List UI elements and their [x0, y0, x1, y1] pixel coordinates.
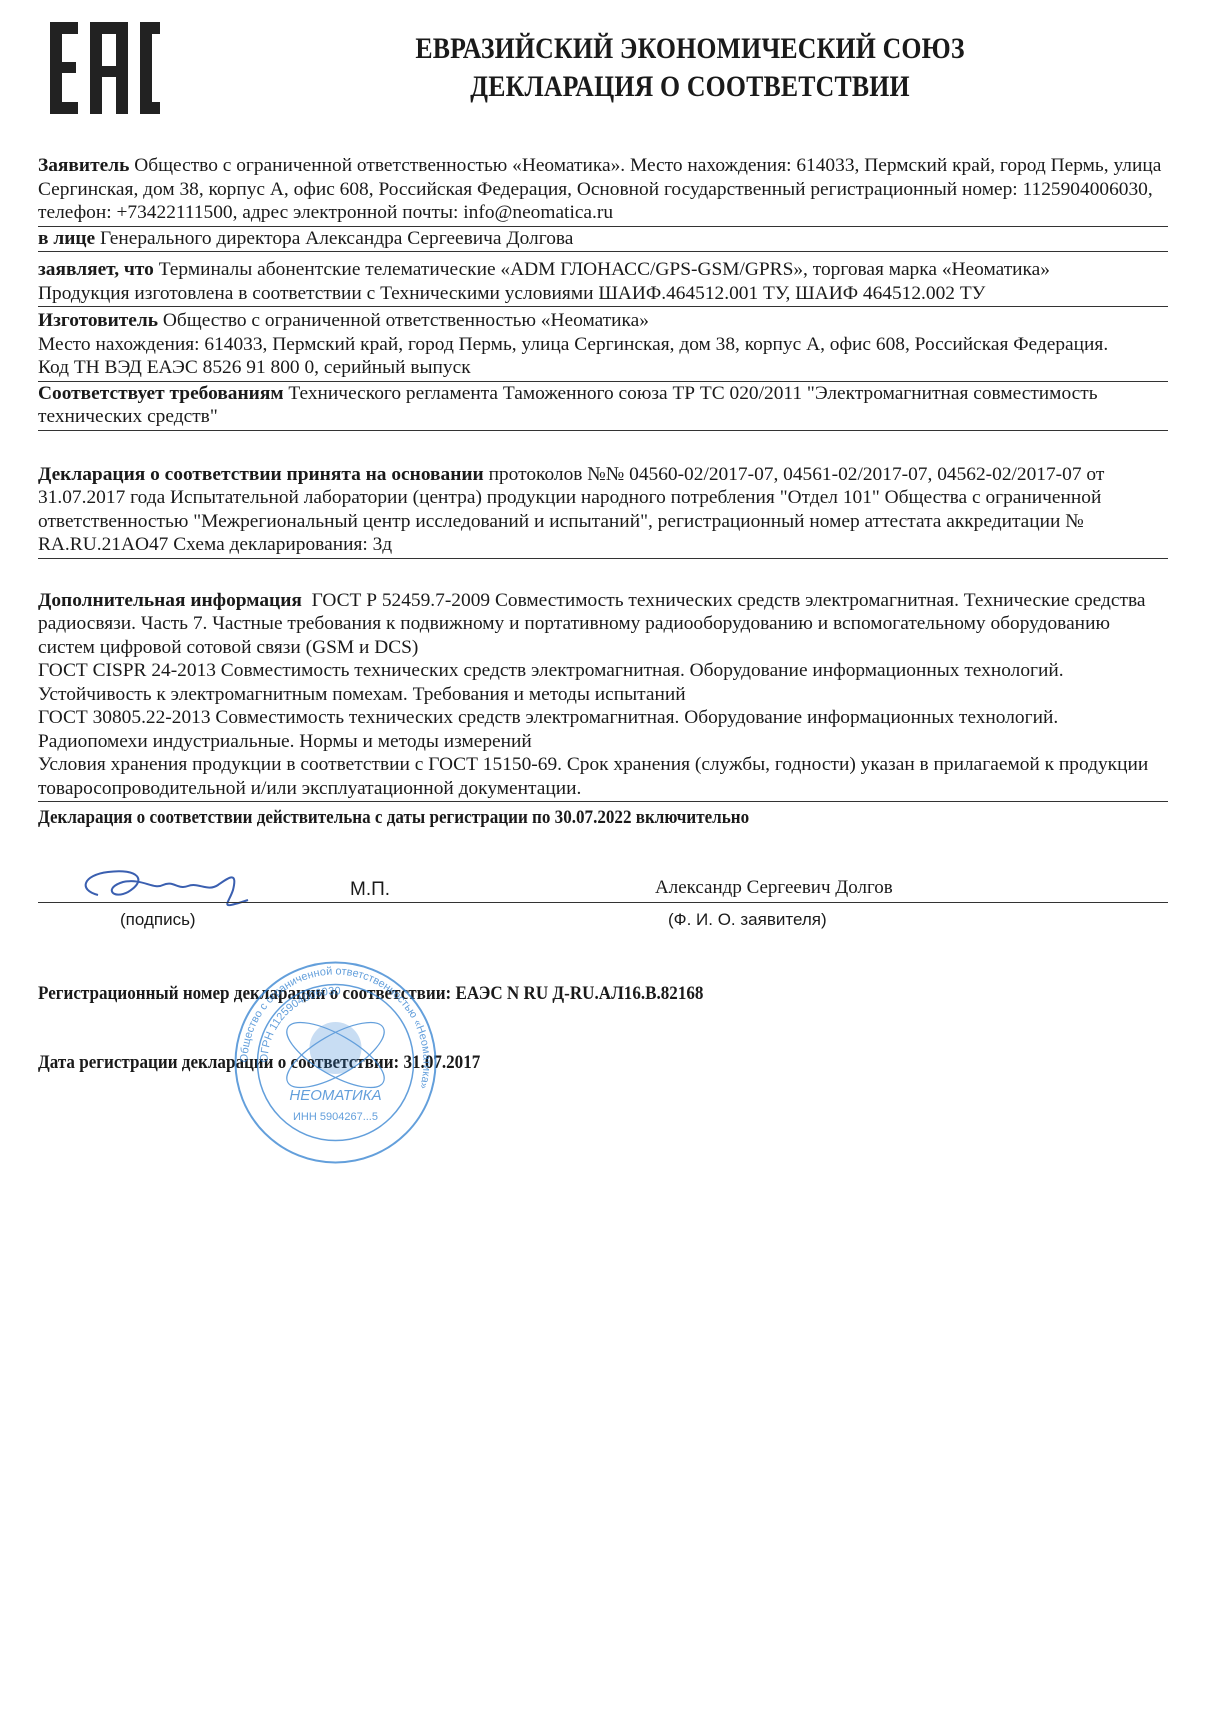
applicant-label: Заявитель	[38, 155, 129, 176]
eac-logo	[50, 22, 160, 114]
additional-section: Дополнительная информация ГОСТ Р 52459.7…	[38, 583, 1168, 803]
complies-label: Соответствует требованиям	[38, 383, 284, 404]
signature-caption: (подпись)	[120, 908, 196, 932]
represented-text: Генерального директора Александра Сергее…	[100, 228, 573, 249]
name-caption: (Ф. И. О. заявителя)	[668, 908, 827, 932]
applicant-text: Общество с ограниченной ответственностью…	[38, 155, 1161, 223]
declaration-body: Заявитель Общество с ограниченной ответс…	[38, 154, 1168, 1075]
declares-text: Терминалы абонентские телематические «AD…	[159, 259, 1050, 280]
title-union: ЕВРАЗИЙСКИЙ ЭКОНОМИЧЕСКИЙ СОЮЗ	[312, 30, 1069, 68]
manufacturer-section: Изготовитель Общество с ограниченной отв…	[38, 307, 1168, 382]
registration-number: Регистрационный номер декларации о соотв…	[38, 982, 1032, 1006]
basis-section: Декларация о соответствии принята на осн…	[38, 455, 1168, 559]
additional-line: ГОСТ 30805.22-2013 Совместимость техниче…	[38, 706, 1168, 753]
represented-label: в лице	[38, 228, 95, 249]
manufacturer-label: Изготовитель	[38, 310, 158, 331]
registration-date: Дата регистрации декларации о соответств…	[38, 1051, 1032, 1075]
applicant-section: Заявитель Общество с ограниченной ответс…	[38, 154, 1168, 227]
signer-name: Александр Сергеевич Долгов	[655, 876, 893, 900]
additional-line: ГОСТ CISPR 24-2013 Совместимость техниче…	[38, 659, 1168, 706]
title-declaration: ДЕКЛАРАЦИЯ О СООТВЕТСТВИИ	[312, 68, 1069, 106]
stamp-logo: НЕОМАТИКА	[289, 1087, 381, 1104]
declares-label: заявляет, что	[38, 259, 154, 280]
additional-line: Условия хранения продукции в соответстви…	[38, 753, 1168, 800]
represented-section: в лице Генерального директора Александра…	[38, 227, 1168, 253]
declares-section: заявляет, что Терминалы абонентские теле…	[38, 252, 1168, 307]
manufacturer-text: Общество с ограниченной ответственностью…	[163, 310, 649, 331]
signature-line	[38, 902, 1168, 903]
validity-text: Декларация о соответствии действительна …	[38, 806, 1032, 830]
signature-area: М.П. Александр Сергеевич Долгов (подпись…	[38, 830, 1168, 960]
document-title: ЕВРАЗИЙСКИЙ ЭКОНОМИЧЕСКИЙ СОЮЗ ДЕКЛАРАЦИ…	[312, 30, 1069, 106]
additional-label: Дополнительная информация	[38, 590, 302, 611]
stamp-inn: ИНН 5904267...5	[293, 1111, 378, 1123]
manufacturer-address: Место нахождения: 614033, Пермский край,…	[38, 333, 1168, 357]
tnved-code: Код ТН ВЭД ЕАЭС 8526 91 800 0, серийный …	[38, 356, 1168, 380]
basis-label: Декларация о соответствии принята на осн…	[38, 464, 484, 485]
seal-place-label: М.П.	[350, 878, 390, 902]
complies-section: Соответствует требованиям Технического р…	[38, 382, 1168, 431]
production-text: Продукция изготовлена в соответствии с Т…	[38, 282, 1168, 306]
